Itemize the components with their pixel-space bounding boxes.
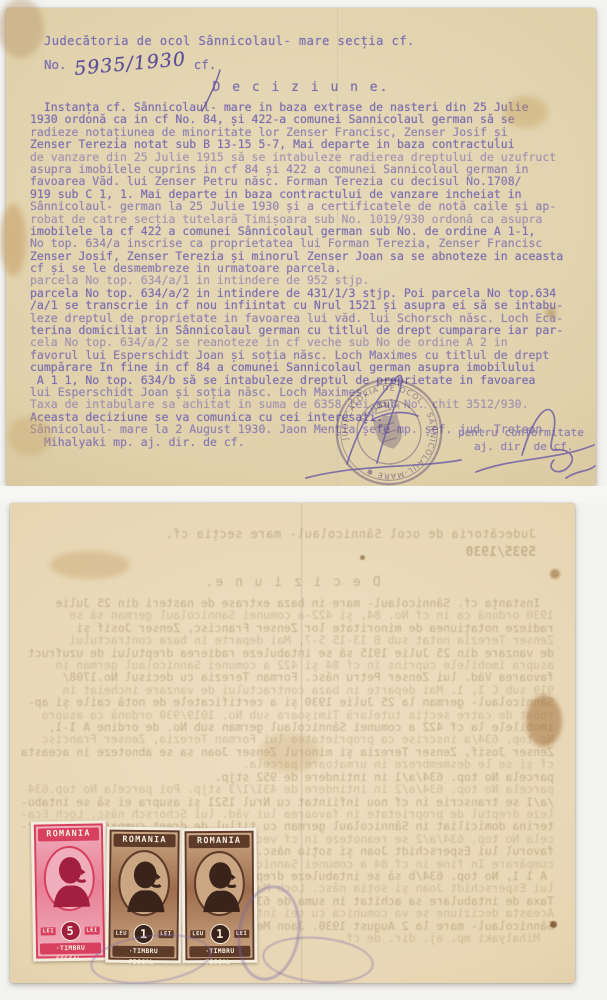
case-number-line: No. 5935/1930 cf. (44, 52, 216, 74)
stamp-country-label: ROMANIA (38, 827, 99, 841)
text-line: favoarea Văd. lui Zenser Petru născ. For… (22, 671, 554, 683)
text-line: 1930 ordonă ca in cf No. 84, și 422-a co… (22, 609, 554, 621)
stain (550, 921, 557, 928)
text-line: parcela No top. 634/a/1 in intindere de … (30, 274, 590, 286)
stamp-portrait-king-ferdinand (189, 849, 251, 923)
scan-background-gap (0, 486, 607, 503)
stain (260, 733, 320, 773)
decision-body: Instanța cf. Sânnicolaul- mare in baza e… (30, 101, 590, 448)
text-line: No top. 634/a inscrise ca proprietatea l… (30, 237, 590, 249)
text-line: cela No top. 634/a/2 se reanoteze in cf … (30, 336, 590, 348)
text-line: leze dreptul de proprietate in favoarea … (30, 312, 590, 324)
text-line: Taxa de intabulare sa achitat in suma de… (30, 398, 590, 410)
stain (8, 416, 52, 456)
case-number-prefix: No. (44, 57, 67, 72)
case-number-handwritten: 5935/1930 (73, 48, 187, 80)
text-line: 919 sub C 1, 1. Mai departe in baza cont… (22, 684, 554, 696)
text-line: robat de catre secția tutelară Timișoara… (30, 213, 590, 225)
conformity-role: aj. dir. de cf. (474, 440, 573, 453)
stain (50, 551, 130, 579)
document-front-page: Judecătoria de ocol Sânnicolaul- mare se… (6, 8, 596, 486)
text-line: radieze notațiunea de minoritate lor Zen… (30, 126, 590, 138)
text-line: Sânnicolaul- german la 25 Julie 1930 și … (30, 200, 590, 212)
stain (0, 204, 26, 276)
stain (360, 555, 365, 560)
text-line: leze dreptul de proprietate in favoarea … (22, 808, 554, 820)
text-line: Zenser Terezia notat sub B 13-15 5-7, Ma… (22, 634, 554, 646)
stamp-portrait-king-ferdinand (113, 848, 176, 923)
stamp-country-label: ROMANIA (189, 835, 250, 848)
stain (0, 0, 44, 58)
stain (550, 569, 560, 579)
stain (546, 308, 556, 318)
text-line: parcela No top. 634/a/2 in intindere de … (22, 783, 554, 795)
stain (526, 695, 562, 747)
stamp-portrait-king-ferdinand (38, 841, 100, 919)
scanned-document-photos: { "front": { "court_line": "Judecătoria … (0, 0, 607, 1000)
stamp-frame: ROMANIA LEI 5 LEI ·TIMBRU FISCAL· (34, 823, 105, 958)
conformity-note: pentru conformitate (458, 426, 584, 439)
text-line: favorul lui Esperschidt Joan și soția nă… (30, 349, 590, 361)
text-line: Zenser Terezia notat sub B 13-15 5-7, Ma… (30, 138, 590, 150)
stain (504, 96, 548, 128)
text-line: Sânnicolaul- german la 25 Julie 1930 și … (22, 696, 554, 708)
document-back-page: Judecătoria de ocol Sânnicolaul- mare se… (10, 503, 575, 983)
currency-label: LEU (114, 930, 130, 938)
stamp-value-row: LEI 5 LEI (38, 919, 103, 942)
case-number-suffix: cf. (194, 57, 217, 72)
ghost-court-name: Judecătoria de ocol Sânnicolaul- mare se… (165, 527, 536, 541)
stamp-value: 5 (60, 921, 80, 941)
text-line: favoarea Văd. lui Zenser Petru născ. For… (30, 175, 590, 187)
stamp-value: 1 (210, 924, 230, 944)
revenue-stamp-5-lei: ROMANIA LEI 5 LEI ·TIMBRU FISCAL· (31, 820, 108, 961)
ghost-case-number: 5935/1930 (466, 545, 536, 560)
text-line: /a/1 se transcrie in cf nou infiintat cu… (30, 299, 590, 311)
stamp-type-label: ·TIMBRU FISCAL· (40, 942, 101, 954)
stamp-country-label: ROMANIA (114, 834, 176, 848)
text-line: cumpărare In fine in cf 84 a comunei San… (30, 361, 590, 373)
currency-label: LEI (84, 926, 100, 934)
court-name: Judecătoria de ocol Sânnicolaul- mare se… (44, 34, 415, 48)
decision-title: D e c i z i u n e. (6, 80, 596, 95)
currency-label: LEI (41, 927, 57, 935)
text-line: asupra imobilele cuprins in cf 84 și 422… (22, 659, 554, 671)
text-line: robat de catre secția tutelară Timișoara… (22, 709, 554, 721)
